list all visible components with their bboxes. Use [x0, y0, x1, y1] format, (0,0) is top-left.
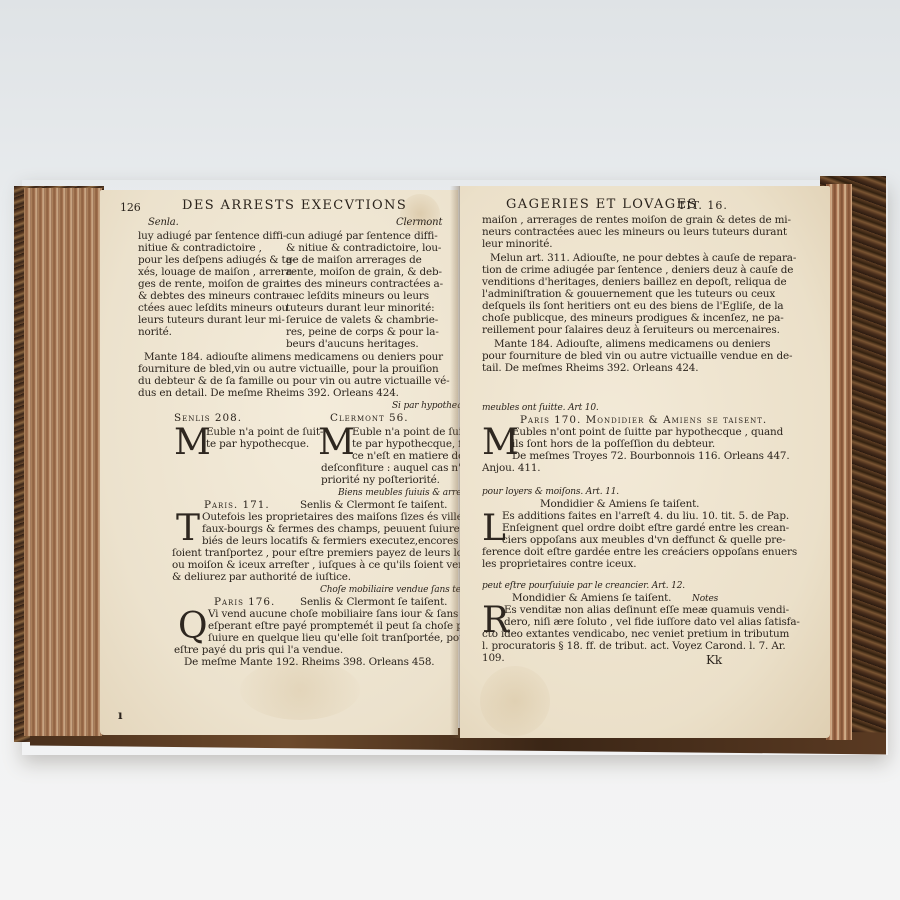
text-line: deſquels ils ſont heritiers ont eu des b…: [482, 300, 783, 312]
text-line: Mante 184. adiouſte alimens medicamens o…: [144, 351, 443, 363]
text-line: les proprietaires contre iceux.: [482, 558, 636, 570]
cross-reference: Anjou. 411.: [482, 462, 540, 474]
text-line: ſuiure en quelque lieu qu'elle ſoit tran…: [208, 632, 470, 644]
col-right-line: ſeruice de valets & chambrie-: [286, 314, 438, 326]
text-line: fourniture de bled,vin ou autre victuail…: [138, 363, 439, 375]
drop-cap-initial: T: [176, 512, 200, 546]
text-line: tail. De meſmes Rheims 392. Orleans 424.: [482, 362, 698, 374]
col-right-line: res, peine de corps & pour la-: [286, 326, 439, 338]
col-right-line: uec leſdits mineurs ou leurs: [286, 290, 429, 302]
article-head: Mondidier & Amiens ſe taiſent.: [512, 592, 671, 604]
left-page: 126 DES ARRESTS EXECVTIONS Senla. Clermo…: [100, 190, 458, 735]
water-stain: [480, 666, 550, 736]
text-line: tion de crime adiugée par ſentence , den…: [482, 264, 793, 276]
text-line: & deliurez par authorité de iuſtice.: [172, 571, 351, 583]
text-line: ference doit eſtre gardée entre les creá…: [482, 546, 797, 558]
col-right-line: tuteurs durant leur minorité:: [286, 302, 435, 314]
section-aside: Senlis & Clermont ſe taiſent.: [300, 596, 447, 608]
text-line: leur minorité.: [482, 238, 552, 250]
right-page: GAGERIES ET LOVAGES TIT. 16. maiſon , ar…: [460, 186, 830, 738]
text-line: biés de leurs locatifs & fermiers execut…: [202, 535, 489, 547]
text-line: ſoient tranſportez , pour eſtre premiers…: [172, 547, 484, 559]
col-left-line: ctées auec leſdits mineurs ou: [138, 302, 288, 314]
col-left-line: luy adiugé par ſentence diffi-: [138, 230, 286, 242]
col-right-line: rente, moiſon de grain, & deb-: [286, 266, 442, 278]
text-line: faux-bourgs & fermes des champs, peuuent…: [202, 523, 477, 535]
text-line: ce n'eſt en matiere de: [352, 450, 464, 462]
text-line: ils ſont hors de la poſſeſſion du debteu…: [512, 438, 715, 450]
text-line: reillement pour ſalaires deuz à ſeruiteu…: [482, 324, 780, 336]
article-head: Paris 170. Mondidier & Amiens ſe taiſent…: [520, 414, 767, 426]
text-line: eſtre payé du pris qui l'a vendue.: [174, 644, 343, 656]
article-head: Mondidier & Amiens ſe taiſent.: [540, 498, 699, 510]
col-left-line: & debtes des mineurs contra-: [138, 290, 290, 302]
signature-mark: Kk: [706, 654, 722, 666]
text-line: dero, niſi ære ſoluto , vel fide iuſſore…: [504, 616, 800, 628]
section-aside: Senlis & Clermont ſe taiſent.: [300, 499, 447, 511]
text-line: Eubles n'ont point de ſuitte par hypothe…: [512, 426, 783, 438]
text-line: eſperant eſtre payé promptemét il peut ſ…: [208, 620, 484, 632]
col-right-line: ge de maiſon arrerages de: [286, 254, 422, 266]
text-line: te par hypothecque.: [206, 438, 309, 450]
col-left-line: pour les deſpens adiugés & ta-: [138, 254, 295, 266]
text-line: Es additions faites en l'arreſt 4. du li…: [502, 510, 789, 522]
col-right-line: beurs d'aucuns heritages.: [286, 338, 419, 350]
text-line: Es venditæ non alias deſinunt eſſe meæ q…: [504, 604, 789, 616]
col-right-line: cun adiugé par ſentence diffi-: [286, 230, 438, 242]
text-line: l. procuratoris § 18. ff. de tribut. act…: [482, 640, 786, 652]
text-line: cto ideo extantes vendicabo, nec veniet …: [482, 628, 789, 640]
text-line: Melun art. 311. Adiouſte, ne pour debtes…: [490, 252, 796, 264]
text-line: ciers oppoſans aux meubles d'vn deffunct…: [502, 534, 785, 546]
col-left-line: norité.: [138, 326, 172, 338]
col-left-line: leurs tuteurs durant leur mi-: [138, 314, 285, 326]
text-line: neurs contractées auec les mineurs ou le…: [482, 226, 787, 238]
col-right-line: & nitiue & contradictoire, lou-: [286, 242, 441, 254]
col-left-line: xés, louage de maiſon , arrera-: [138, 266, 295, 278]
article-rubric: pour loyers & moiſons. Art. 11.: [482, 486, 619, 498]
article-rubric: peut eſtre pourſuiuie par le creancier. …: [482, 580, 685, 592]
text-line: Euble n'a point de ſuit-: [206, 426, 323, 438]
page-mark: ı: [118, 708, 123, 722]
text-line: te par hypothecque, ſi: [352, 438, 465, 450]
col-left-line: nitiue & contradictoire ,: [138, 242, 262, 254]
text-line: priorité ny poſteriorité.: [321, 474, 440, 486]
text-line: maiſon , arrerages de rentes moiſon de g…: [482, 214, 791, 226]
page-number: 126: [120, 202, 141, 214]
text-line: Mante 184. Adiouſte, alimens medicamens …: [494, 338, 770, 350]
text-line: pour fourniture de bled vin ou autre vic…: [482, 350, 792, 362]
water-stain: [240, 660, 360, 720]
text-line: Enſeignent quel ordre doibt eſtre gardé …: [502, 522, 789, 534]
column-head-right: Clermont: [396, 217, 442, 229]
text-line: venditions d'heritages, deniers baillez …: [482, 276, 787, 288]
cross-reference: De meſme Mante 192. Rheims 398. Orleans …: [184, 656, 434, 668]
drop-cap-initial: M: [318, 426, 355, 460]
text-line: choſe publicque, des mineurs prodigues &…: [482, 312, 784, 324]
section-head-paris-171: Paris. 171.: [204, 499, 270, 511]
col-left-line: ges de rente, moiſon de grain: [138, 278, 289, 290]
section-head-paris-176: Paris 176.: [214, 596, 275, 608]
title-reference: TIT. 16.: [678, 200, 728, 212]
article-rubric: meubles ont ſuitte. Art 10.: [482, 402, 599, 414]
text-line: l'adminiſtration & gouuernement que les …: [482, 288, 775, 300]
col-right-line: tes des mineurs contractées a-: [286, 278, 443, 290]
text-line: 109.: [482, 652, 505, 664]
text-line: ou moiſon & iceux arreſter , iuſques à c…: [172, 559, 483, 571]
drop-cap-initial: Q: [178, 610, 208, 644]
cross-reference: De meſmes Troyes 72. Bourbonnois 116. Or…: [512, 450, 790, 462]
page-block-left-edge: [24, 188, 102, 736]
text-line: dus en detail. De meſme Rheims 392. Orle…: [138, 387, 399, 399]
text-line: Outefois les proprietaires des maiſons ſ…: [202, 511, 480, 523]
running-head: DES ARRESTS EXECVTIONS: [182, 200, 407, 212]
column-head-left: Senla.: [148, 217, 179, 229]
running-head: GAGERIES ET LOVAGES: [506, 199, 698, 211]
text-line: du debteur & de ſa famille ou pour vin o…: [138, 375, 449, 387]
